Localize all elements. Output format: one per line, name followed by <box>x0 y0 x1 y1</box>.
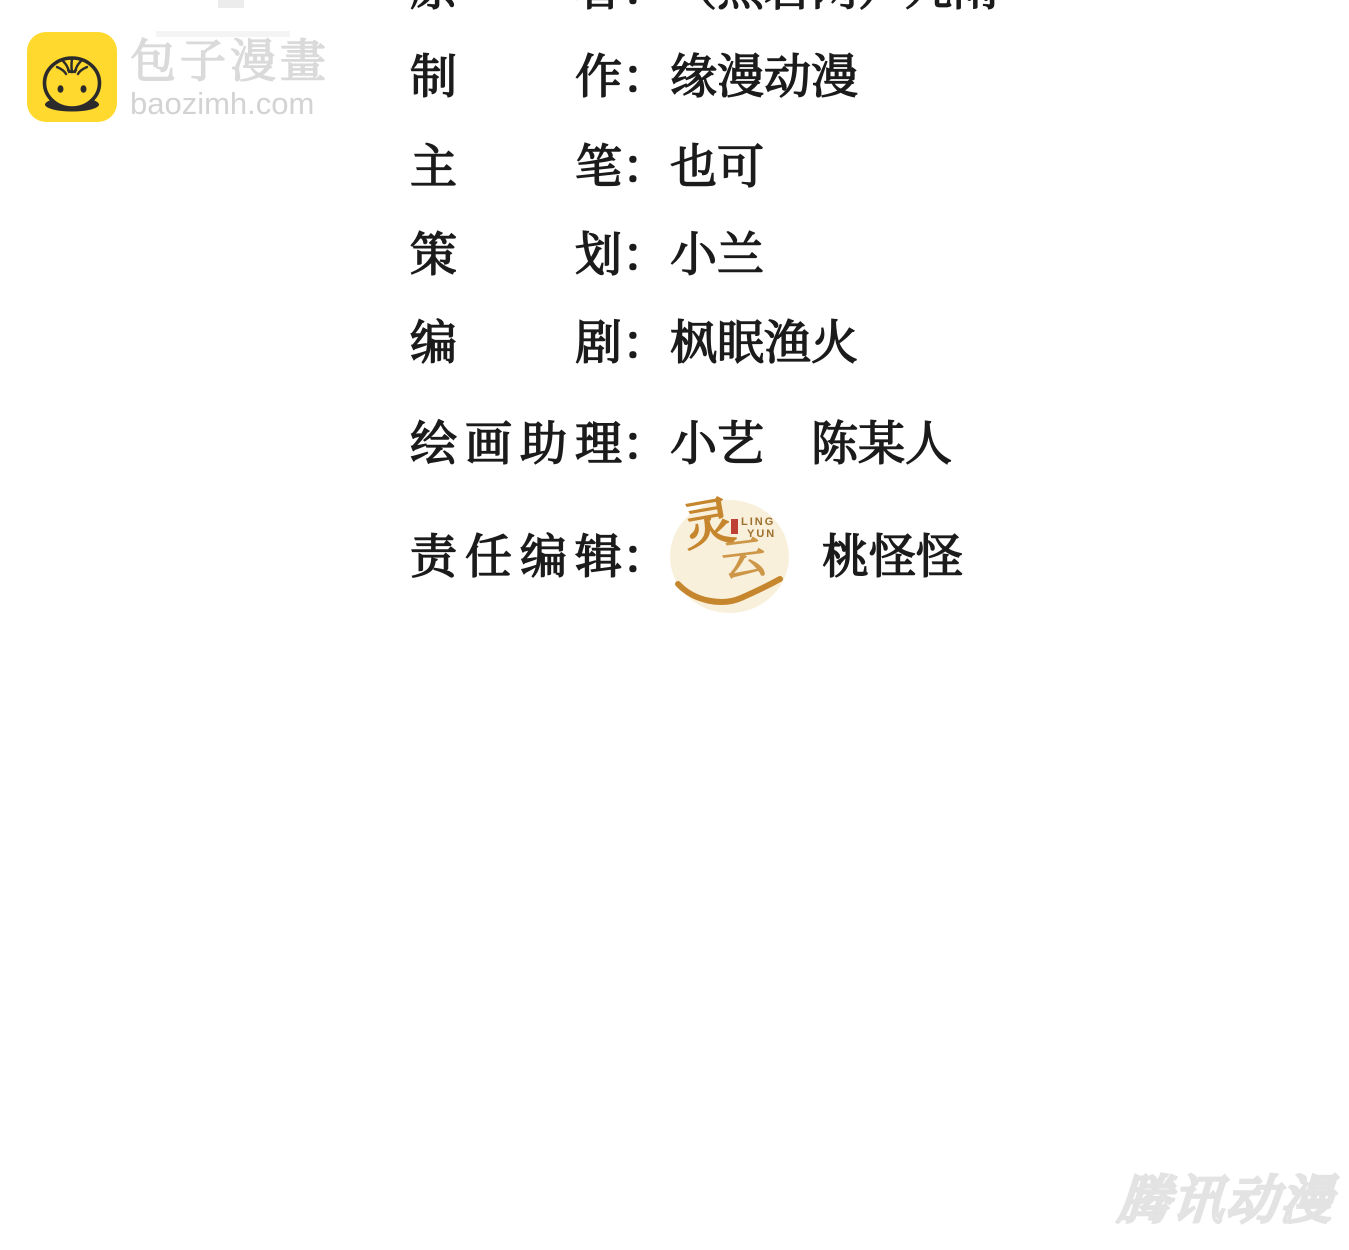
lingyun-latin-ling: LING <box>741 517 775 528</box>
credit-row-production: 制作：缘漫动漫 <box>410 50 858 103</box>
brand-text: 包子漫畫 baozimh.com <box>130 32 330 120</box>
credit-row-responsible-editor: 责任编辑： 灵 云 LING YUN 桃怪怪 <box>410 500 963 613</box>
credit-colon: ： <box>622 140 670 193</box>
credit-value: 枫眠渔火 <box>670 316 858 369</box>
credit-value: （黑岩网）九雨 <box>670 0 999 15</box>
credit-label: 绘画助理 <box>410 417 622 470</box>
baozi-bun-icon <box>27 32 117 122</box>
credit-colon: ： <box>622 228 670 281</box>
credit-colon: ： <box>622 50 670 103</box>
credit-label: 制作 <box>410 50 622 103</box>
credit-colon: ： <box>622 417 670 470</box>
lingyun-red-seal-icon <box>731 519 738 534</box>
credit-row-screenwriter: 编剧：枫眠渔火 <box>410 316 858 369</box>
tencent-comics-watermark: 腾讯动漫 <box>1116 1172 1336 1230</box>
lingyun-latin-yun: YUN <box>747 529 776 540</box>
lingyun-studio-logo: 灵 云 LING YUN <box>670 500 789 613</box>
brand-name: 包子漫畫 <box>130 36 330 86</box>
credit-value: 小艺 陈某人 <box>670 417 952 470</box>
credit-colon: ： <box>622 0 670 15</box>
credit-row-original-author: 原著：（黑岩网）九雨 <box>410 0 999 15</box>
credit-value: 也可 <box>670 140 764 193</box>
comic-credits-page: 包子漫畫 baozimh.com 原著：（黑岩网）九雨 制作：缘漫动漫 主笔：也… <box>0 0 1349 1250</box>
brand-domain: baozimh.com <box>130 87 330 120</box>
credit-label: 原著 <box>410 0 622 15</box>
watermark-remnant <box>218 0 244 8</box>
credit-row-lead-artist: 主笔：也可 <box>410 140 764 193</box>
credit-label: 编剧 <box>410 316 622 369</box>
credit-colon: ： <box>622 316 670 369</box>
credit-value: 桃怪怪 <box>822 530 963 583</box>
credit-label: 策划 <box>410 228 622 281</box>
credit-value: 小兰 <box>670 228 764 281</box>
credit-row-planning: 策划：小兰 <box>410 228 764 281</box>
lingyun-brush-stroke <box>675 576 783 610</box>
credit-row-art-assistants: 绘画助理：小艺 陈某人 <box>410 417 952 470</box>
credit-value: 缘漫动漫 <box>670 50 858 103</box>
brand-logo: 包子漫畫 baozimh.com <box>27 32 330 122</box>
credit-label: 主笔 <box>410 140 622 193</box>
credit-label: 责任编辑 <box>410 530 622 583</box>
credit-colon: ： <box>622 530 670 583</box>
